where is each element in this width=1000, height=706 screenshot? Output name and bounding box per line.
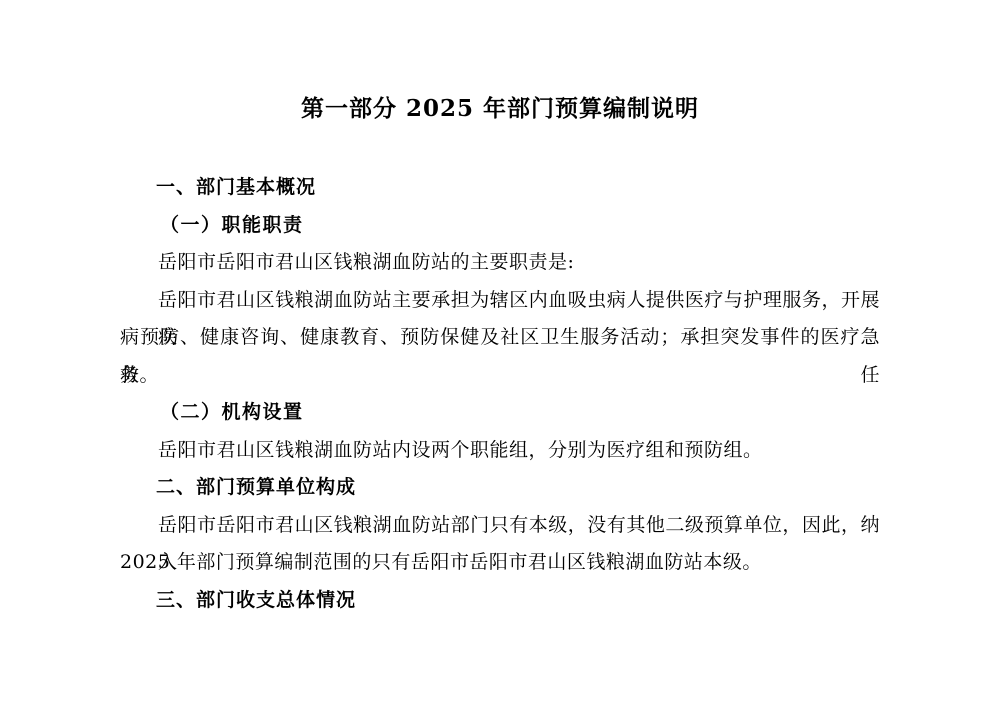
document-page: 第一部分 2025 年部门预算编制说明 一、部门基本概况 （一）职能职责 岳阳市… [0, 0, 1000, 706]
subsection-heading-duties: （一）职能职责 [120, 207, 880, 245]
document-body: 一、部门基本概况 （一）职能职责 岳阳市岳阳市君山区钱粮湖血防站的主要职责是: … [120, 169, 880, 619]
document-title: 第一部分 2025 年部门预算编制说明 [0, 94, 1000, 124]
section-heading-1: 一、部门基本概况 [120, 169, 880, 207]
body-line: 2025 年部门预算编制范围的只有岳阳市岳阳市君山区钱粮湖血防站本级。 [120, 544, 880, 582]
section-heading-3: 三、部门收支总体情况 [120, 582, 880, 620]
body-line: 岳阳市君山区钱粮湖血防站主要承担为辖区内血吸虫病人提供医疗与护理服务，开展疾 [120, 282, 880, 320]
subsection-heading-structure: （二）机构设置 [120, 394, 880, 432]
body-line: 岳阳市君山区钱粮湖血防站内设两个职能组，分别为医疗组和预防组。 [120, 432, 880, 470]
body-line: 病预防、健康咨询、健康教育、预防保健及社区卫生服务活动；承担突发事件的医疗急救任 [120, 319, 880, 357]
section-heading-2: 二、部门预算单位构成 [120, 469, 880, 507]
body-line: 岳阳市岳阳市君山区钱粮湖血防站部门只有本级，没有其他二级预算单位，因此，纳入 [120, 507, 880, 545]
body-line: 岳阳市岳阳市君山区钱粮湖血防站的主要职责是: [120, 244, 880, 282]
